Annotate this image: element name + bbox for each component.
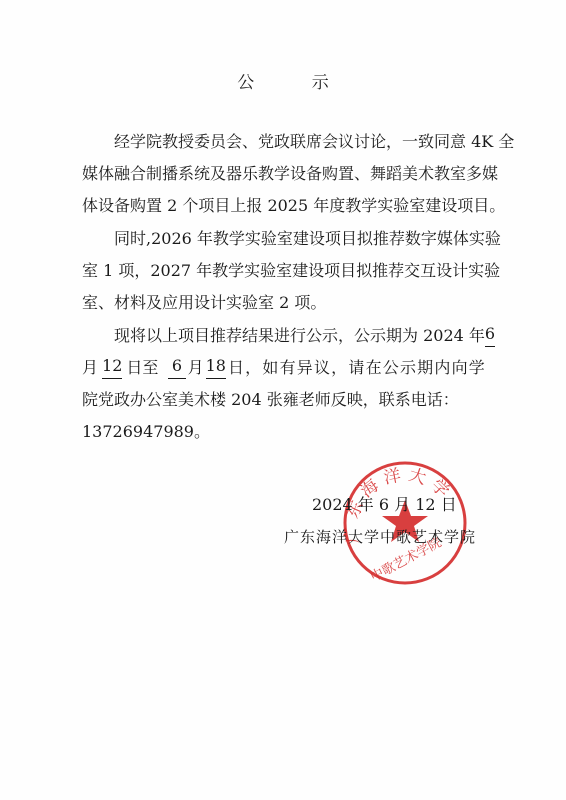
contact-phone: 13726947989。 — [82, 421, 486, 443]
paragraph-2-line-1: 同时,2026 年教学实验室建设项目拟推荐数字媒体实验 — [114, 228, 486, 250]
start-day-blank: 12 — [102, 357, 122, 379]
month-label: 月 — [82, 357, 98, 379]
document-page: 公 示 经学院教授委员会、党政联席会议讨论，一致同意 4K 全 媒体融合制播系统… — [0, 0, 566, 800]
paragraph-1-line-1: 经学院教授委员会、党政联席会议讨论，一致同意 4K 全 — [114, 131, 486, 153]
paragraph-3-line-1: 现将以上项目推荐结果进行公示，公示期为 2024 年 6 — [114, 325, 486, 347]
paragraph-3-line-3: 院党政办公室美术楼 204 张雍老师反映，联系电话： — [82, 389, 486, 411]
end-month-blank: 6 — [168, 357, 185, 379]
objection-text: 日，如有异议，请在公示期内向学 — [228, 357, 486, 379]
paragraph-3-line-2: 月 12 日至 6 月 18 日，如有异议，请在公示期内向学 — [82, 357, 486, 379]
notice-period-text: 现将以上项目推荐结果进行公示，公示期为 2024 年 — [114, 325, 485, 347]
paragraph-2-line-2: 室 1 项，2027 年教学实验室建设项目拟推荐交互设计实验 — [82, 260, 486, 282]
day-to-label: 日至 — [126, 357, 158, 379]
paragraph-2-line-3: 室、材料及应用设计实验室 2 项。 — [82, 292, 486, 314]
paragraph-1-line-2: 媒体融合制播系统及器乐教学设备购置、舞蹈美术教室多媒 — [82, 163, 486, 185]
end-day-blank: 18 — [206, 357, 226, 379]
paragraph-1-line-3: 体设备购置 2 个项目上报 2025 年度教学实验室建设项目。 — [82, 195, 486, 217]
end-month-label: 月 — [188, 357, 204, 379]
document-title: 公 示 — [0, 68, 566, 93]
start-month-blank: 6 — [485, 325, 495, 347]
official-seal-stamp: 广东海洋大学 中歌艺术学院 — [340, 458, 470, 588]
signature-organization: 广东海洋大学中歌艺术学院 — [284, 526, 476, 548]
signature-date: 2024 年 6 月 12 日 — [312, 494, 457, 516]
